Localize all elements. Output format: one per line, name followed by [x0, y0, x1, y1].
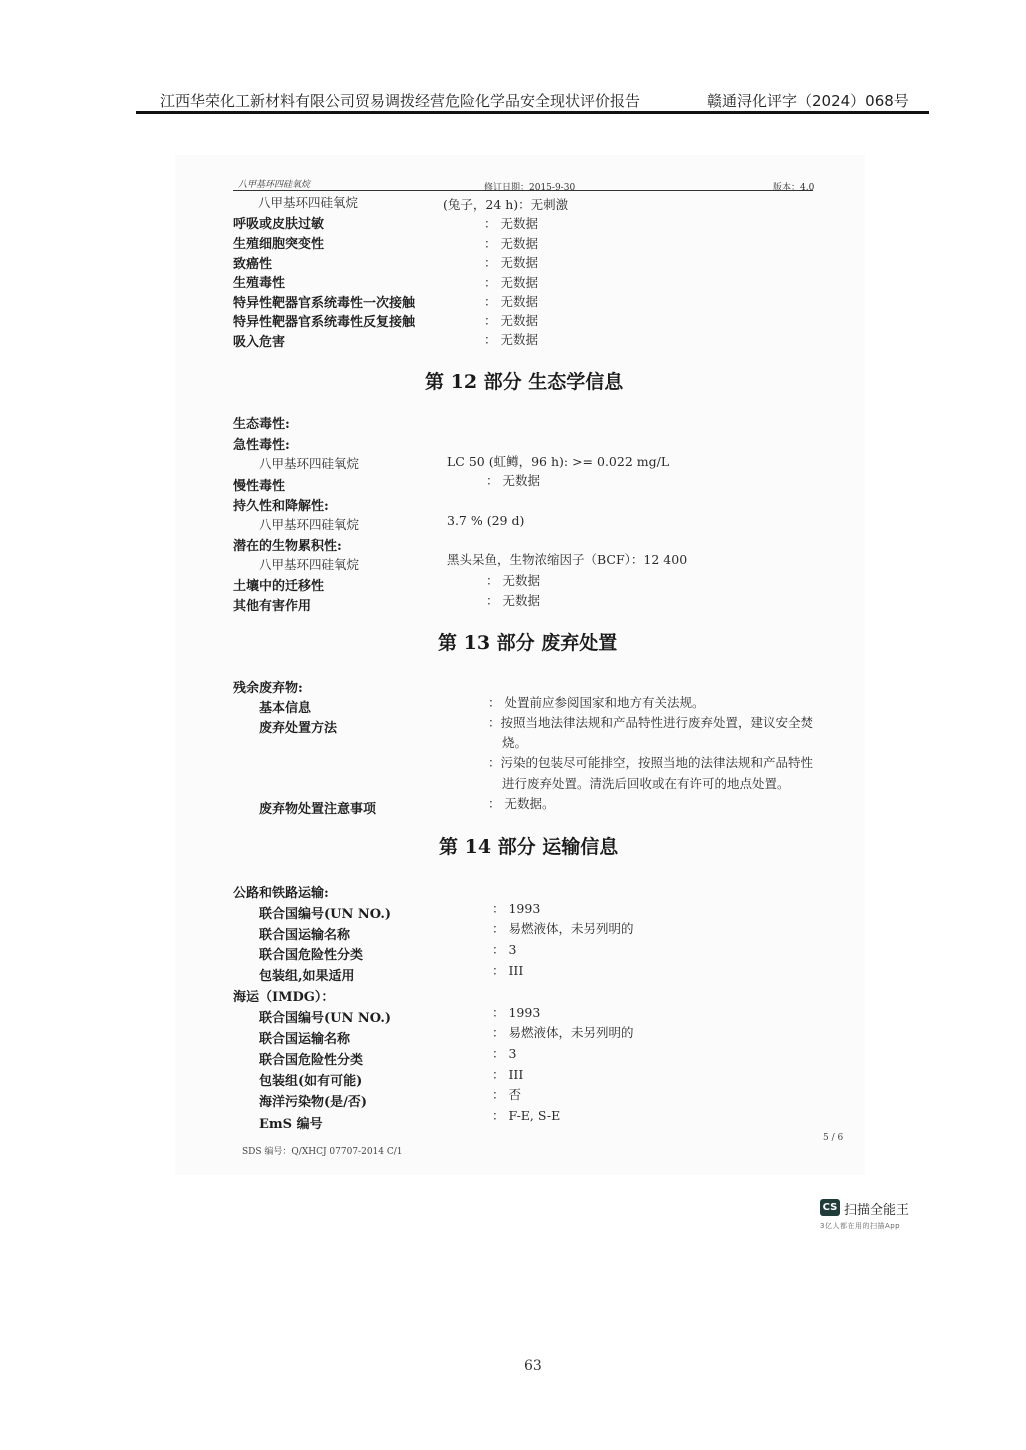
other-effects-value: ： 无数据: [486, 591, 540, 609]
sds-version: 版本：4.0: [773, 180, 814, 193]
transport-label: 联合国编号(UN NO.): [259, 903, 391, 922]
transport-value: ： 1993: [492, 1003, 540, 1021]
persistence-value: 3.7 % (29 d): [447, 513, 524, 528]
transport-label: EmS 编号: [259, 1113, 323, 1132]
disposal-method-value-1b: 烧。: [502, 733, 527, 751]
persistence-substance: 八甲基环四硅氧烷: [259, 515, 359, 533]
sds-product-name: 八甲基环四硅氧烷: [238, 177, 310, 190]
transport-value: ： 3: [492, 1044, 516, 1062]
eco-toxicity-label: 生态毒性:: [233, 413, 290, 432]
watermark-name: 扫描全能王: [844, 1199, 909, 1218]
transport-label: 包装组(如有可能): [259, 1070, 362, 1089]
section-14-title: 第 14 部分 运输信息: [439, 832, 618, 859]
road-rail-label: 公路和铁路运输:: [233, 882, 329, 901]
section-12-title: 第 12 部分 生态学信息: [425, 367, 623, 394]
sds-number: SDS 编号：Q/XHCJ 07707-2014 C/1: [242, 1144, 403, 1157]
sds-revision-date: 修订日期：2015-9-30: [484, 180, 575, 193]
transport-value: ： III: [492, 961, 523, 979]
soil-mobility-value: ： 无数据: [486, 571, 540, 589]
transport-label: 联合国运输名称: [259, 1028, 350, 1047]
acute-value: LC 50 (虹鳟，96 h): >= 0.022 mg/L: [447, 452, 669, 470]
sds-header-rule: [233, 190, 813, 191]
basic-info-value: ： 处置前应参阅国家和地方有关法规。: [488, 693, 704, 711]
persistence-label: 持久性和降解性:: [233, 495, 329, 514]
other-effects-label: 其他有害作用: [233, 595, 311, 614]
tox-value: ： 无数据: [484, 253, 538, 271]
substance-value: (兔子，24 h)：无刺激: [443, 195, 568, 213]
disposal-method-label: 废弃处置方法: [259, 717, 337, 736]
tox-value: ： 无数据: [484, 311, 538, 329]
tox-label: 致癌性: [233, 253, 272, 272]
transport-value: ： 易燃液体，未另列明的: [492, 1023, 633, 1041]
tox-label: 生殖细胞突变性: [233, 233, 324, 252]
tox-label: 特异性靶器官系统毒性一次接触: [233, 292, 415, 311]
transport-value: ： 否: [492, 1085, 521, 1103]
watermark-tagline: 3亿人都在用的扫描App: [820, 1221, 900, 1231]
chronic-value: ： 无数据: [486, 471, 540, 489]
sds-page: 5 / 6: [823, 1133, 843, 1143]
disposal-notes-value: ： 无数据。: [488, 794, 554, 812]
tox-value: ： 无数据: [484, 234, 538, 252]
tox-label: 呼吸或皮肤过敏: [233, 213, 324, 232]
camscanner-logo-icon: CS: [820, 1199, 840, 1216]
transport-label: 联合国危险性分类: [259, 1049, 363, 1068]
substance-name: 八甲基环四硅氧烷: [258, 193, 358, 211]
disposal-method-value-2b: 进行废弃处置。清洗后回收或在有许可的地点处置。: [502, 774, 790, 792]
transport-label: 联合国运输名称: [259, 924, 350, 943]
report-code: 赣通浔化评字（2024）068号: [707, 90, 909, 111]
acute-toxicity-label: 急性毒性:: [233, 434, 290, 453]
header-rule: [136, 111, 929, 114]
report-title: 江西华荣化工新材料有限公司贸易调拨经营危险化学品安全现状评价报告: [160, 90, 640, 111]
basic-info-label: 基本信息: [259, 697, 311, 716]
disposal-method-value-1: ：按照当地法律法规和产品特性进行废弃处置，建议安全焚: [488, 713, 813, 731]
bioaccumulation-substance: 八甲基环四硅氧烷: [259, 555, 359, 573]
bioaccumulation-value: 黑头呆鱼，生物浓缩因子（BCF）：12 400: [447, 550, 687, 568]
chronic-toxicity-label: 慢性毒性: [233, 475, 285, 494]
tox-value: ： 无数据: [484, 292, 538, 310]
sea-transport-label: 海运（IMDG）：: [233, 986, 334, 1005]
section-13-title: 第 13 部分 废弃处置: [438, 628, 617, 655]
transport-label: 包装组,如果适用: [259, 965, 355, 984]
disposal-method-value-2: ：污染的包装尽可能排空，按照当地的法律法规和产品特性: [488, 753, 813, 771]
transport-value: ： 易燃液体，未另列明的: [492, 919, 633, 937]
soil-mobility-label: 土壤中的迁移性: [233, 575, 324, 594]
transport-label: 海洋污染物(是/否): [259, 1091, 367, 1110]
tox-value: ： 无数据: [484, 273, 538, 291]
tox-label: 特异性靶器官系统毒性反复接触: [233, 311, 415, 330]
residual-waste-label: 残余废弃物:: [233, 677, 303, 696]
transport-value: ： III: [492, 1065, 523, 1083]
transport-value: ： 1993: [492, 899, 540, 917]
tox-value: ： 无数据: [484, 330, 538, 348]
disposal-notes-label: 废弃物处置注意事项: [259, 798, 376, 817]
transport-value: ： 3: [492, 940, 516, 958]
tox-value: ： 无数据: [484, 214, 538, 232]
page-number: 63: [524, 1358, 542, 1374]
transport-value: ： F-E, S-E: [492, 1106, 560, 1124]
transport-label: 联合国编号(UN NO.): [259, 1007, 391, 1026]
tox-label: 生殖毒性: [233, 272, 285, 291]
tox-label: 吸入危害: [233, 331, 285, 350]
bioaccumulation-label: 潜在的生物累积性:: [233, 535, 342, 554]
transport-label: 联合国危险性分类: [259, 944, 363, 963]
acute-substance: 八甲基环四硅氧烷: [259, 454, 359, 472]
